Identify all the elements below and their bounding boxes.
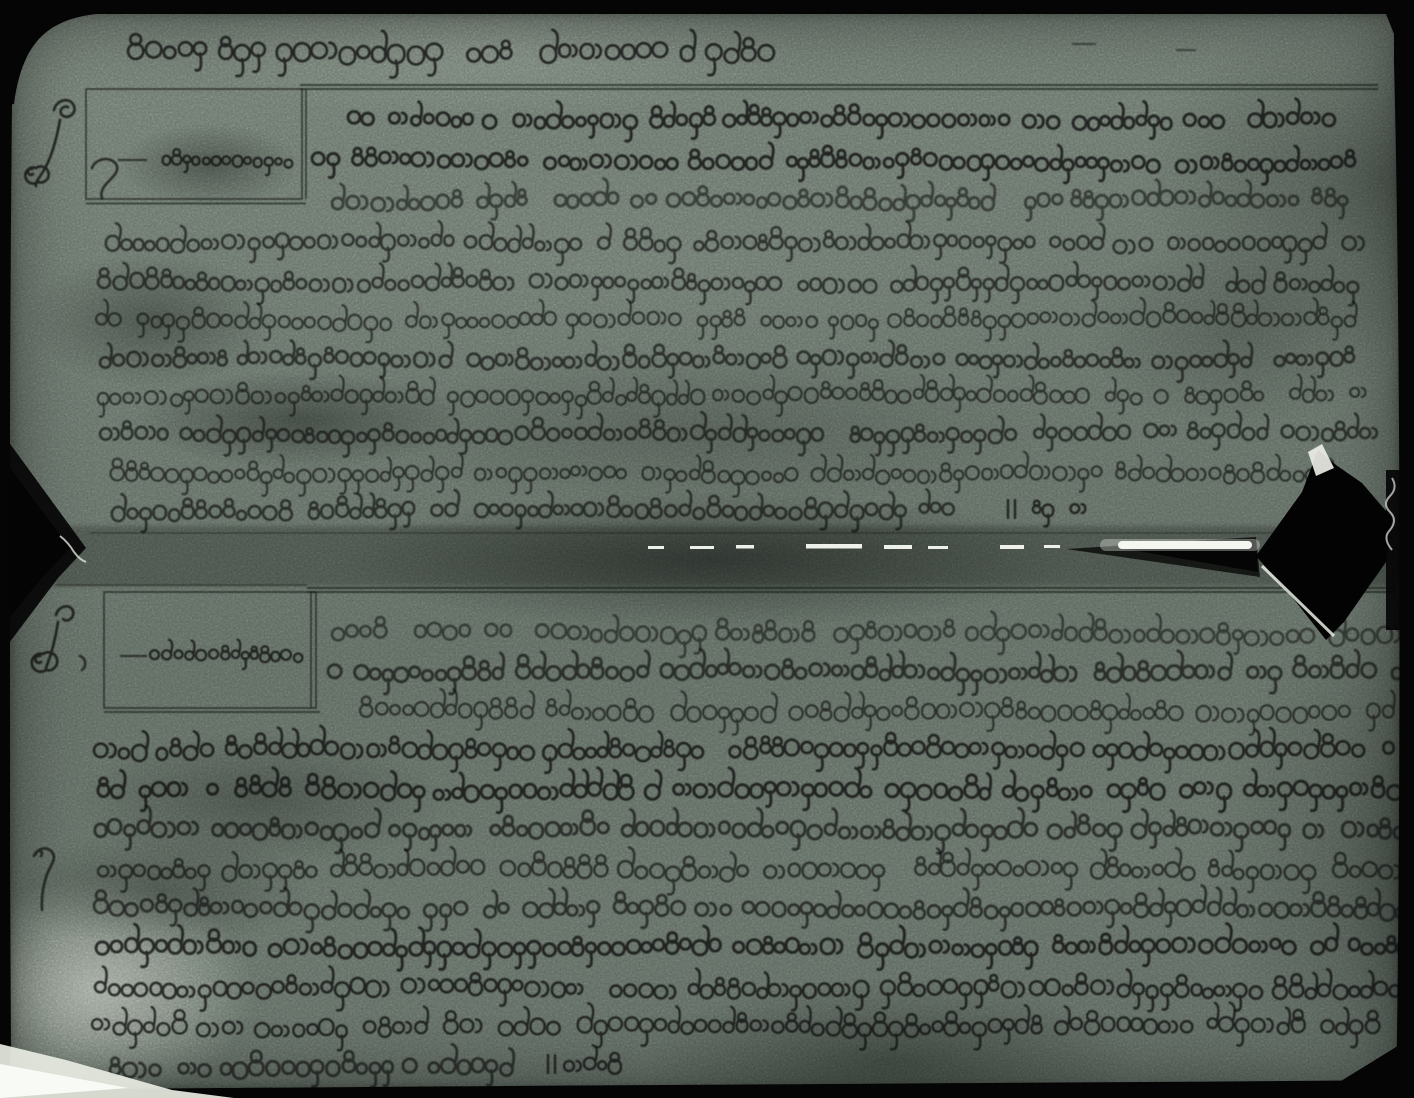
manuscript-photo: ဖြမှ အနက်ပြန်ကျမ်းစာရ၏ ကျူယာနှင့် သွ၏သညာ…: [0, 0, 1414, 1098]
manuscript-paper: [10, 12, 1400, 1090]
